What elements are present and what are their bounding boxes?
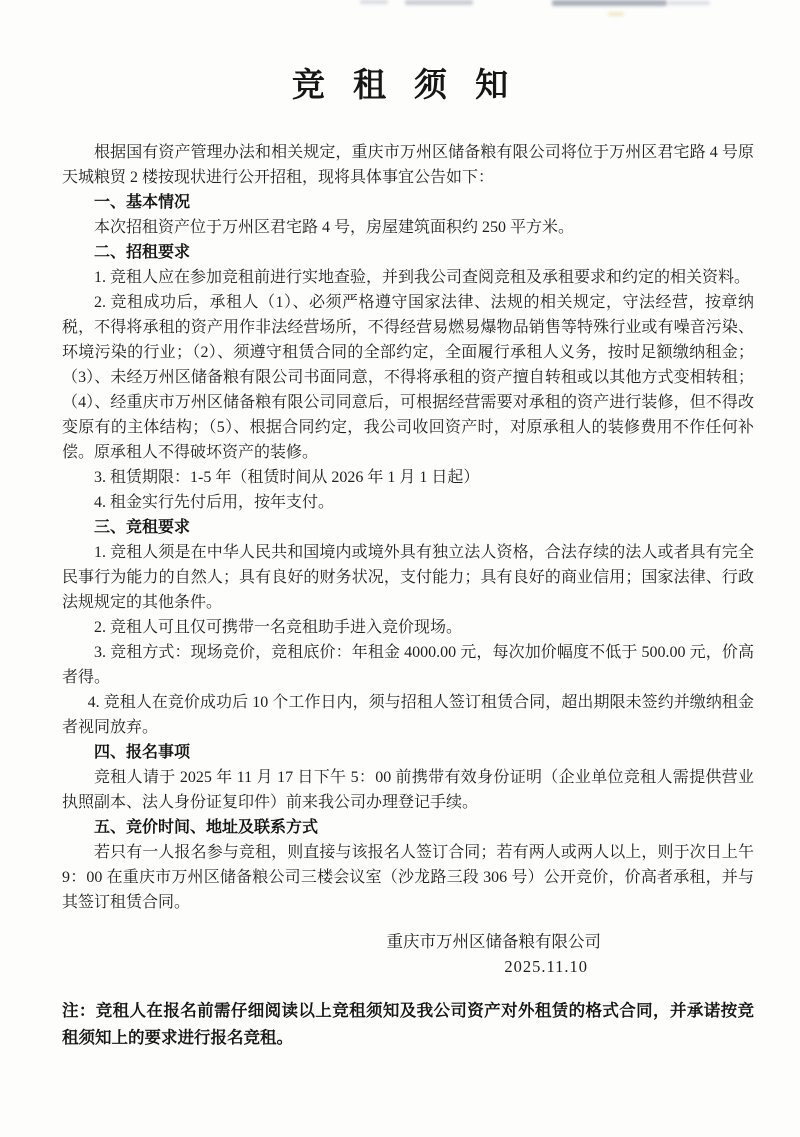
section-5-heading: 五、竞价时间、地址及联系方式 — [62, 815, 754, 840]
signature-date: 2025.11.10 — [0, 954, 800, 979]
section-3-paragraph-1: 1. 竞租人须是在中华人民共和国境内或境外具有独立法人资格，合法存续的法人或者具… — [62, 540, 754, 615]
section-3-paragraph-4: 4. 竞租人在竞价成功后 10 个工作日内，须与招租人签订租赁合同，超出期限未签… — [62, 690, 754, 740]
section-4-paragraph-1: 竞租人请于 2025 年 11 月 17 日下午 5：00 前携带有效身份证明（… — [62, 765, 754, 815]
section-2-paragraph-1: 1. 竞租人应在参加竞租前进行实地查验，并到我公司查阅竞租及承租要求和约定的相关… — [62, 265, 754, 290]
section-2-paragraph-3: 3. 租赁期限：1-5 年（租赁时间从 2026 年 1 月 1 日起） — [62, 465, 754, 490]
section-1-paragraph-1: 本次招租资产位于万州区君宅路 4 号，房屋建筑面积约 250 平方米。 — [62, 215, 754, 240]
section-3-heading: 三、竞租要求 — [62, 515, 754, 540]
document-title: 竞租须知 — [0, 0, 800, 108]
section-2-paragraph-2: 2. 竞租成功后，承租人（1）、必须严格遵守国家法律、法规的相关规定，守法经营，… — [62, 290, 754, 465]
section-3-paragraph-2: 2. 竞租人可且仅可携带一名竞租助手进入竞价现场。 — [62, 615, 754, 640]
section-5-paragraph-1: 若只有一人报名参与竞租，则直接与该报名人签订合同；若有两人或两人以上，则于次日上… — [62, 840, 754, 915]
section-2-heading: 二、招租要求 — [62, 240, 754, 265]
section-3-paragraph-3: 3. 竞租方式：现场竞价，竞租底价：年租金 4000.00 元，每次加价幅度不低… — [62, 640, 754, 690]
section-4-heading: 四、报名事项 — [62, 740, 754, 765]
footer-note: 注：竞租人在报名前需仔细阅读以上竞租须知及我公司资产对外租赁的格式合同，并承诺按… — [0, 997, 800, 1051]
signature-block: 重庆市万州区储备粮有限公司 2025.11.10 — [0, 929, 800, 979]
scanned-document-page: 竞租须知 根据国有资产管理办法和相关规定，重庆市万州区储备粮有限公司将位于万州区… — [0, 0, 800, 1137]
section-2-paragraph-4: 4. 租金实行先付后用，按年支付。 — [62, 490, 754, 515]
section-1-heading: 一、基本情况 — [62, 190, 754, 215]
intro-paragraph: 根据国有资产管理办法和相关规定，重庆市万州区储备粮有限公司将位于万州区君宅路 4… — [62, 140, 754, 190]
document-body: 根据国有资产管理办法和相关规定，重庆市万州区储备粮有限公司将位于万州区君宅路 4… — [0, 140, 800, 915]
signature-company: 重庆市万州区储备粮有限公司 — [0, 929, 800, 954]
